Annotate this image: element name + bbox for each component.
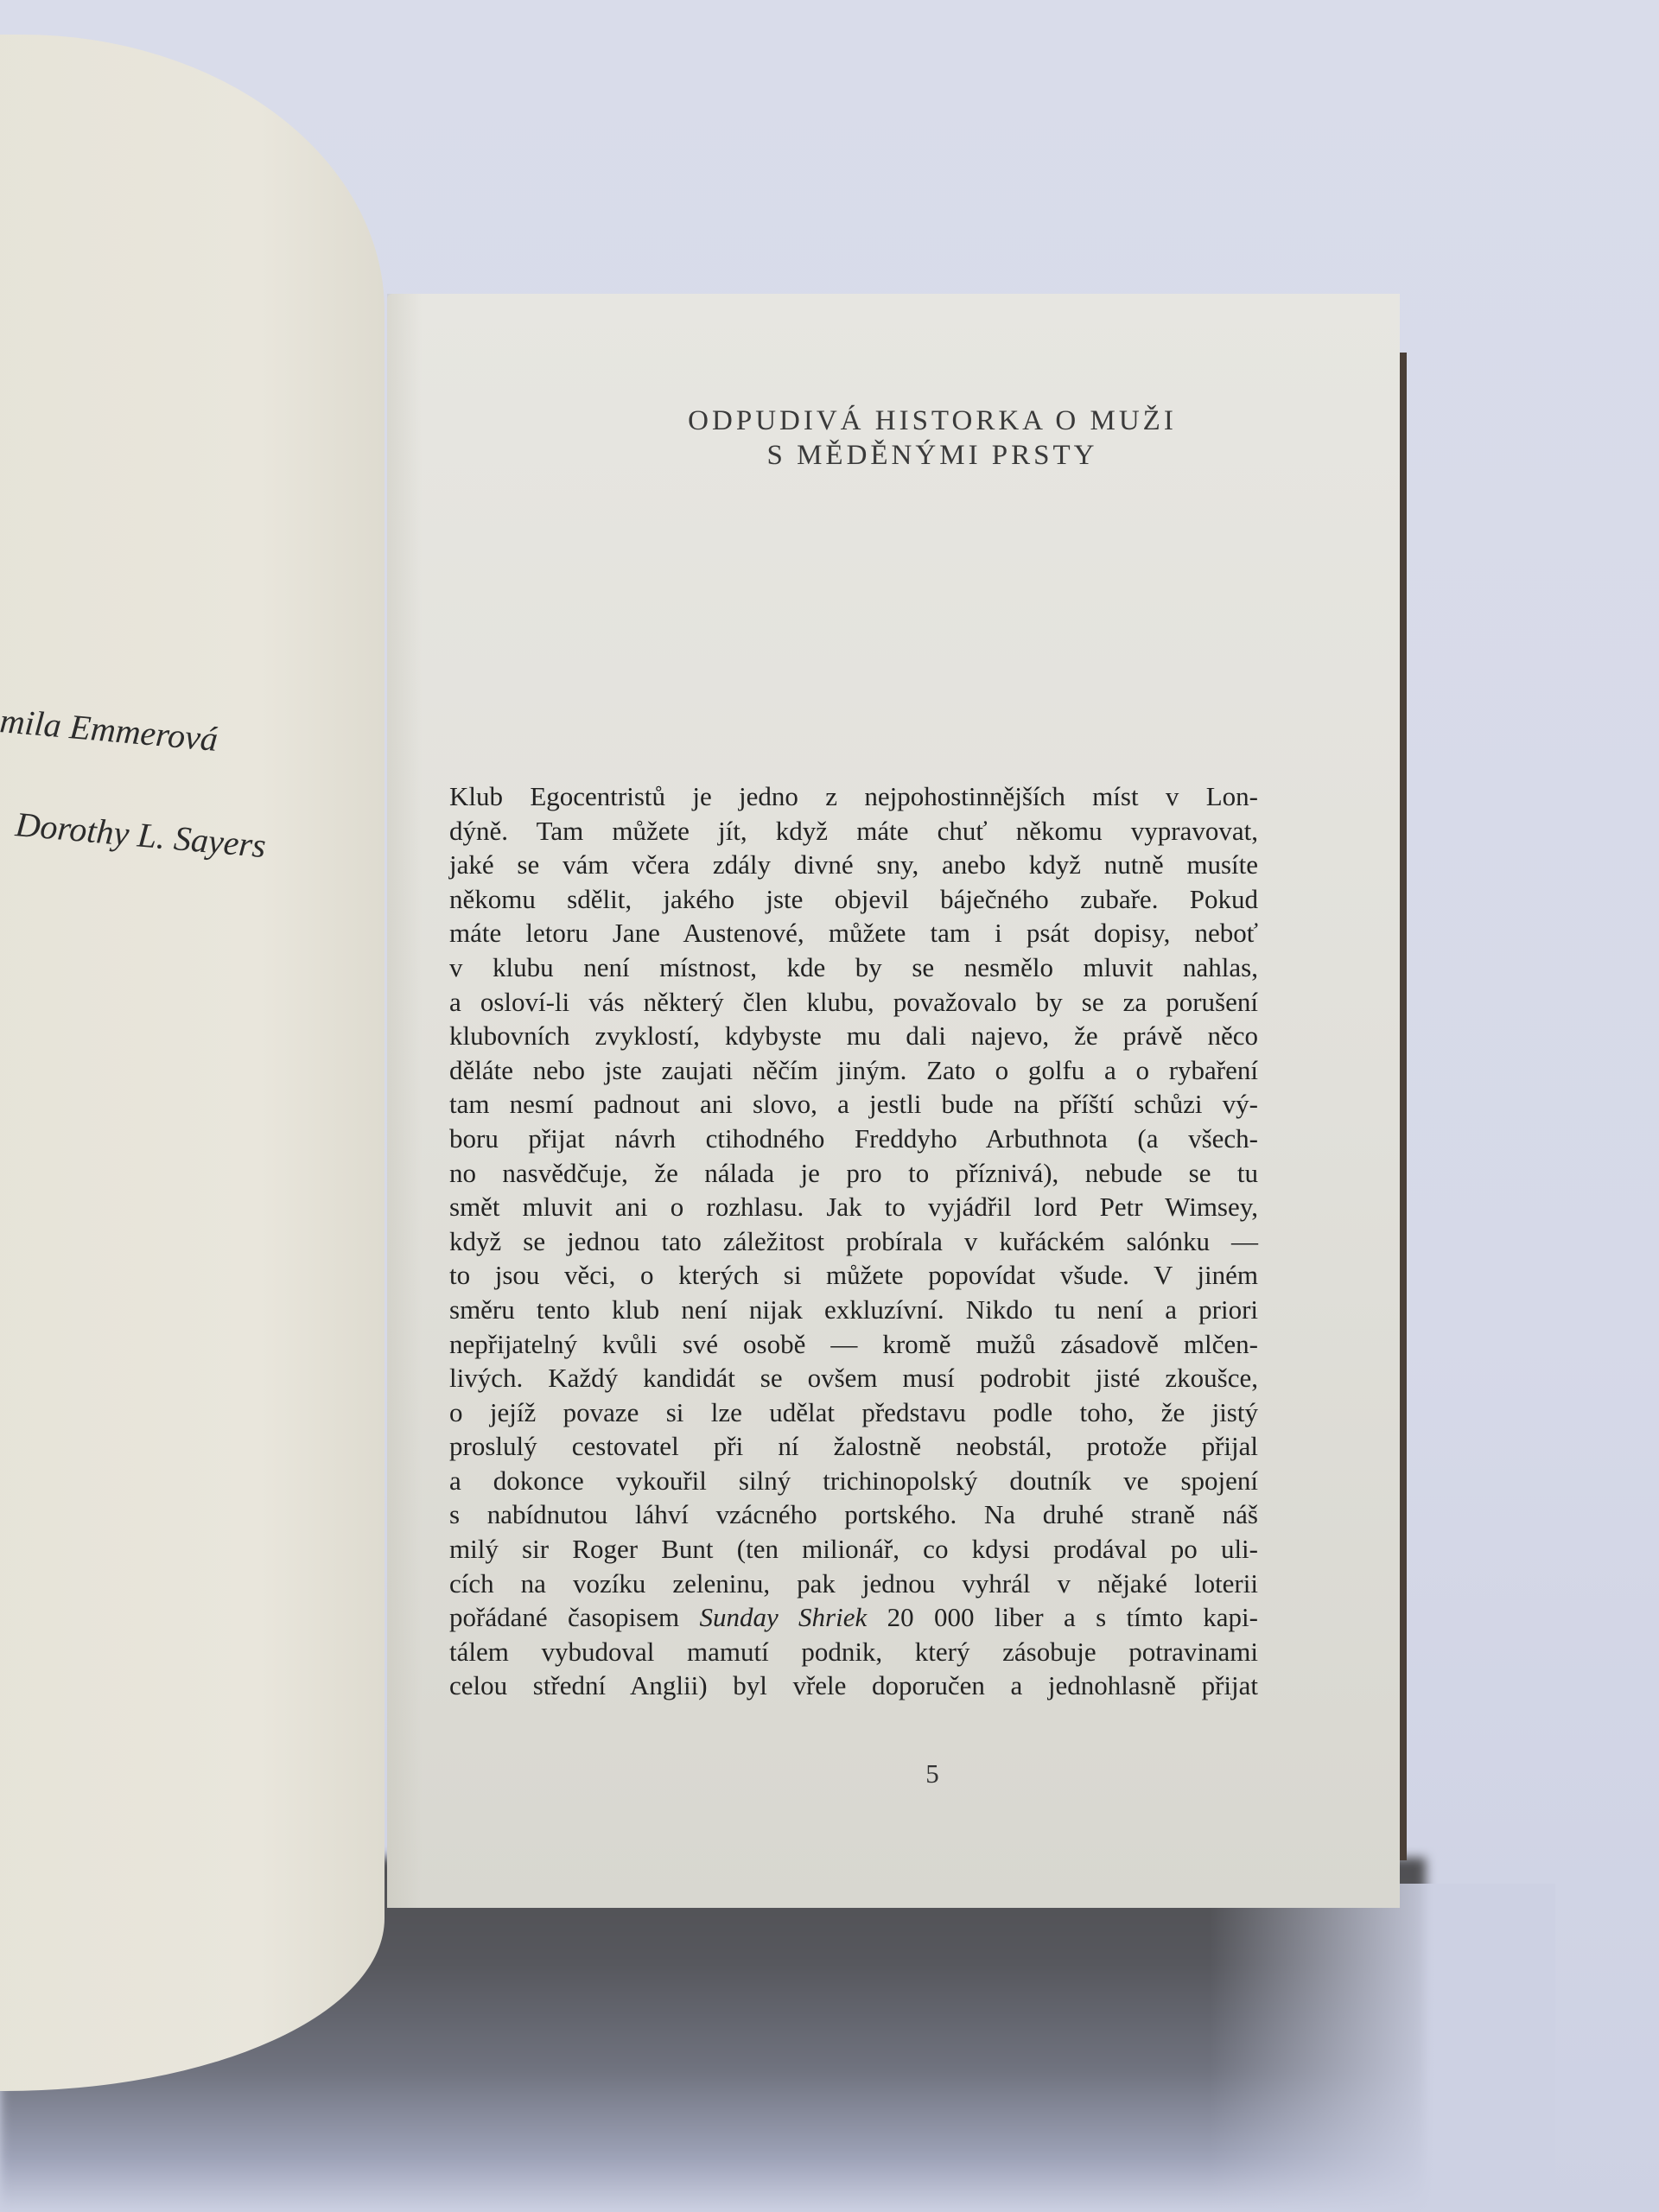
text-line: no nasvědčuje, že nálada je pro to přízn… [449,1156,1258,1191]
author-name: Dorothy L. Sayers [14,804,268,866]
text-line: a dokonce vykouřil silný trichinopolský … [449,1464,1258,1498]
body-paragraph: Klub Egocentristů je jedno z nejpohostin… [449,779,1258,1703]
text-line: proslulý cestovatel při ní žalostně neob… [449,1429,1258,1464]
text-line: když se jednou tato záležitost probírala… [449,1224,1258,1259]
magazine-title: Sunday Shriek [699,1602,867,1632]
page-number-value: 5 [925,1758,939,1789]
text-line: tálem vybudoval mamutí podnik, který zás… [449,1635,1258,1669]
text-line: tam nesmí padnout ani slovo, a jestli bu… [449,1087,1258,1122]
text-line: to jsou věci, o kterých si můžete popoví… [449,1258,1258,1293]
text-line: jaké se vám včera zdály divné sny, anebo… [449,848,1258,882]
text-line: smět mluvit ani o rozhlasu. Jak to vyjád… [449,1190,1258,1224]
text-line: máte letoru Jane Austenové, můžete tam i… [449,916,1258,950]
text-line: směru tento klub není nijak exkluzívní. … [449,1293,1258,1327]
text-line: celou střední Anglii) byl vřele doporuče… [449,1669,1258,1703]
text-line: Klub Egocentristů je jedno z nejpohostin… [449,779,1258,814]
text-line: o jejíž povaze si lze udělat představu p… [449,1395,1258,1430]
text-line-with-italic: pořádané časopisem Sunday Shriek 20 000 … [449,1600,1258,1635]
text-line: nepřijatelný kvůli své osobě — kromě muž… [449,1327,1258,1362]
text-line: v klubu není místnost, kde by se nesmělo… [449,950,1258,985]
text-segment: pořádané časopisem [449,1602,699,1632]
text-line: někomu sdělit, jakého jste objevil báječ… [449,882,1258,917]
right-page: ODPUDIVÁ HISTORKA O MUŽI S MĚDĚNÝMI PRST… [387,294,1400,1908]
translator-name: mila Emmerová [0,700,219,760]
text-segment: 20 000 liber a s tímto kapi- [867,1602,1258,1632]
text-line: a osloví-li vás některý člen klubu, pova… [449,985,1258,1020]
chapter-title-line-2: S MĚDĚNÝMI PRSTY [465,438,1400,473]
text-line: boru přijat návrh ctihodného Freddyho Ar… [449,1122,1258,1156]
text-line: livých. Každý kandidát se ovšem musí pod… [449,1361,1258,1395]
text-line: s nabídnutou láhví vzácného portského. N… [449,1497,1258,1532]
page-number: 5 [387,1758,1400,1789]
text-line: cích na vozíku zeleninu, pak jednou vyhr… [449,1567,1258,1601]
text-line: dýně. Tam můžete jít, když máte chuť něk… [449,814,1258,849]
text-line: děláte nebo jste zaujati něčím jiným. Za… [449,1053,1258,1088]
shadow-fade [1210,1884,1555,2212]
left-page: mila Emmerová Dorothy L. Sayers [0,35,385,2091]
chapter-title: ODPUDIVÁ HISTORKA O MUŽI S MĚDĚNÝMI PRST… [387,404,1400,473]
chapter-title-line-1: ODPUDIVÁ HISTORKA O MUŽI [465,404,1400,438]
text-line: milý sir Roger Bunt (ten milionář, co kd… [449,1532,1258,1567]
text-line: klubovních zvyklostí, kdybyste mu dali n… [449,1019,1258,1053]
